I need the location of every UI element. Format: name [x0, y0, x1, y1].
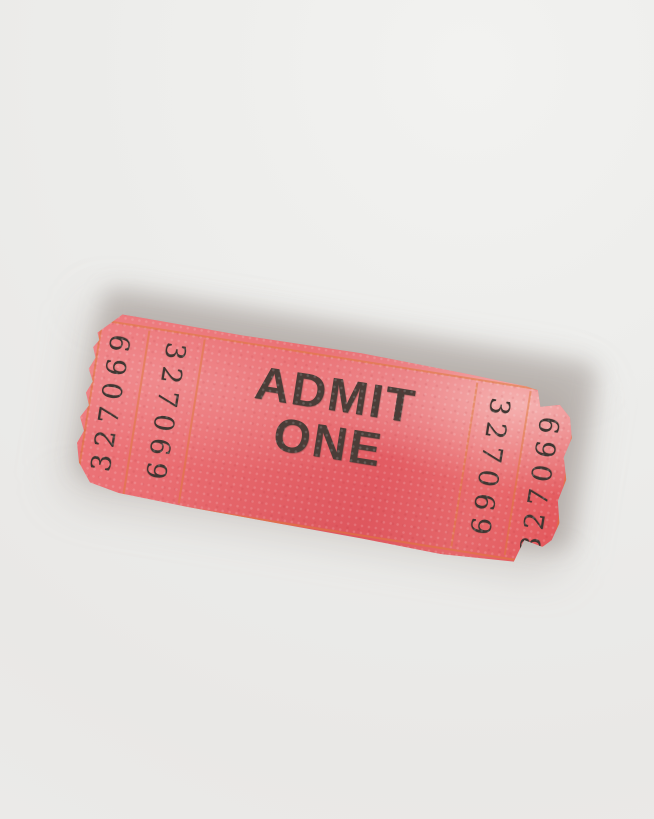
- admit-one-headline: ADMIT ONE: [192, 350, 471, 487]
